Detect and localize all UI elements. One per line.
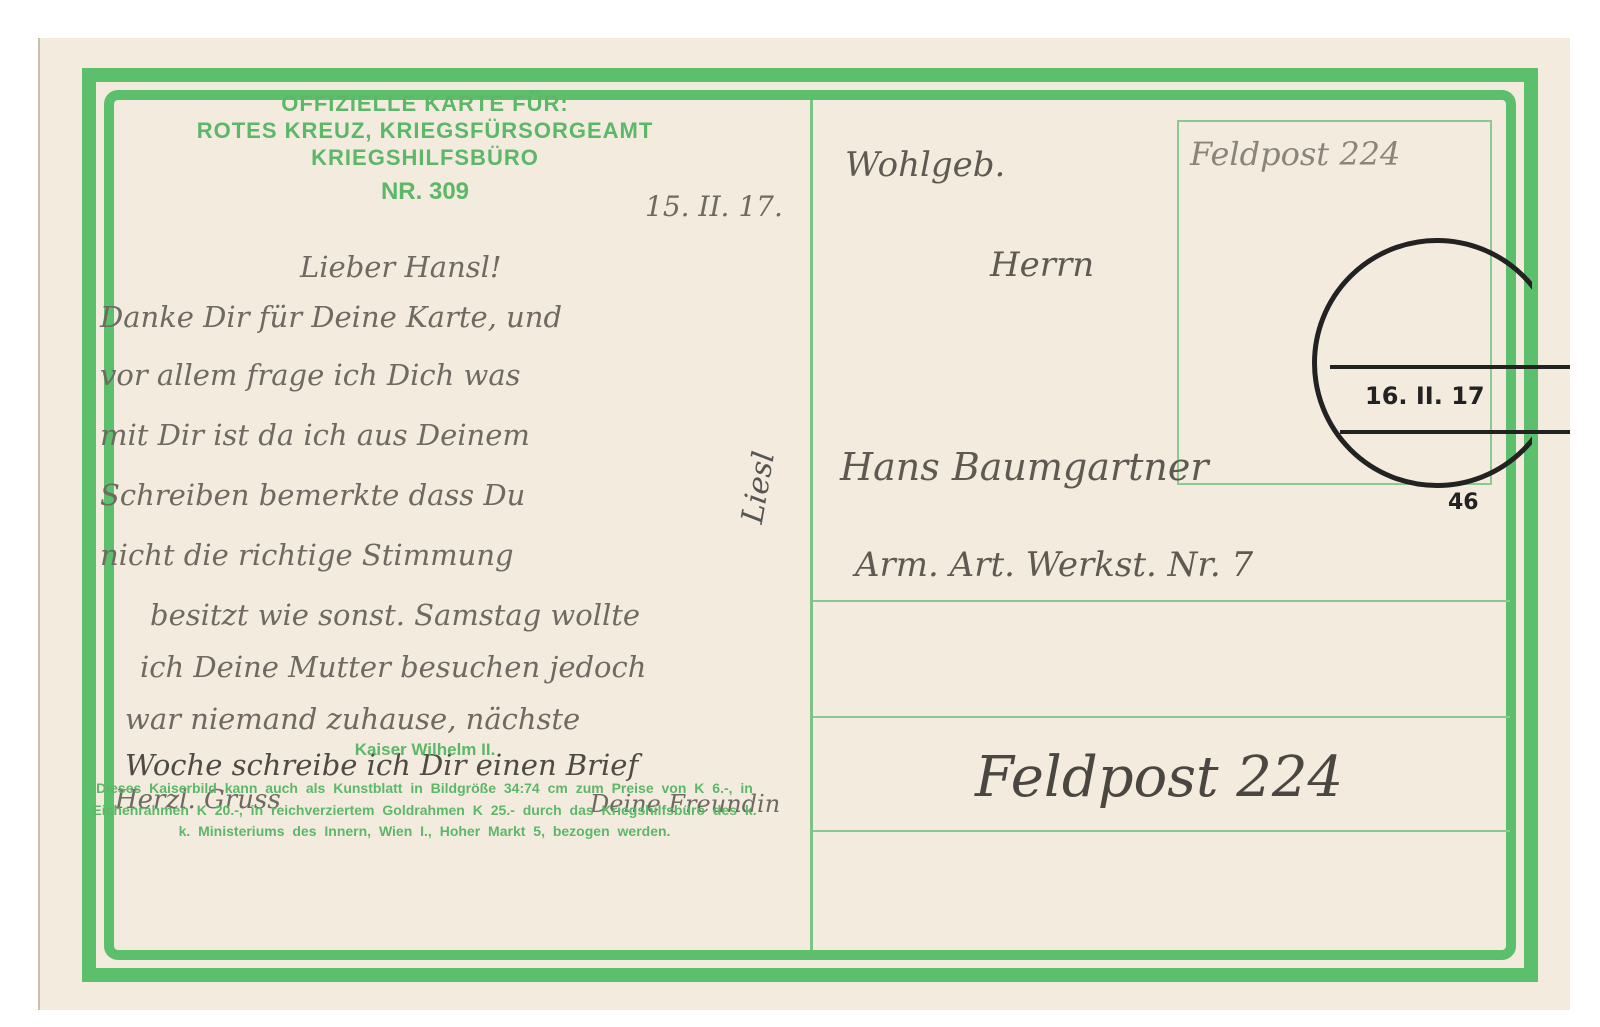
caption-description: Dieses Kaiserbild kann auch als Kunstbla… xyxy=(92,778,757,843)
card-header: OFFIZIELLE KARTE FÜR: ROTES KREUZ, KRIEG… xyxy=(80,90,770,171)
message-line-3: mit Dir ist da ich aus Deinem xyxy=(100,418,530,452)
message-date: 15. II. 17. xyxy=(645,190,783,223)
address-line-1 xyxy=(813,600,1510,602)
message-line-4: Schreiben bemerkte dass Du xyxy=(100,478,525,512)
address-line-2 xyxy=(813,716,1510,718)
header-line-3: KRIEGSHILFSBÜRO xyxy=(80,144,770,171)
message-line-5: nicht die richtige Stimmung xyxy=(100,538,514,572)
message-greeting: Lieber Hansl! xyxy=(300,250,502,284)
address-title: Herrn xyxy=(990,245,1094,285)
postmark-bar-bottom xyxy=(1340,430,1570,434)
stamp-box-note: Feldpost 224 xyxy=(1190,135,1400,173)
caption-title: Kaiser Wilhelm II. xyxy=(200,740,650,760)
address-unit: Arm. Art. Werkst. Nr. 7 xyxy=(855,545,1253,585)
address-salutation: Wohlgeb. xyxy=(845,145,1005,185)
postmark-date: 16. II. 17 xyxy=(1365,382,1485,410)
address-name: Hans Baumgartner xyxy=(840,445,1208,489)
address-line-3 xyxy=(813,830,1510,832)
postmark-bar-top xyxy=(1330,365,1570,369)
message-line-2: vor allem frage ich Dich was xyxy=(100,358,521,392)
message-address-divider xyxy=(810,100,813,950)
message-line-1: Danke Dir für Deine Karte, und xyxy=(100,300,562,334)
postmark-number: 46 xyxy=(1448,490,1479,515)
address-feldpost: Feldpost 224 xyxy=(975,745,1343,810)
postmark-circle xyxy=(1312,238,1562,488)
header-line-1: OFFIZIELLE KARTE FÜR: xyxy=(80,90,770,117)
message-line-7: ich Deine Mutter besuchen jedoch xyxy=(140,650,646,684)
header-line-2: ROTES KREUZ, KRIEGSFÜRSORGEAMT xyxy=(80,117,770,144)
message-line-8: war niemand zuhause, nächste xyxy=(125,702,580,736)
message-line-6: besitzt wie sonst. Samstag wollte xyxy=(150,598,640,632)
